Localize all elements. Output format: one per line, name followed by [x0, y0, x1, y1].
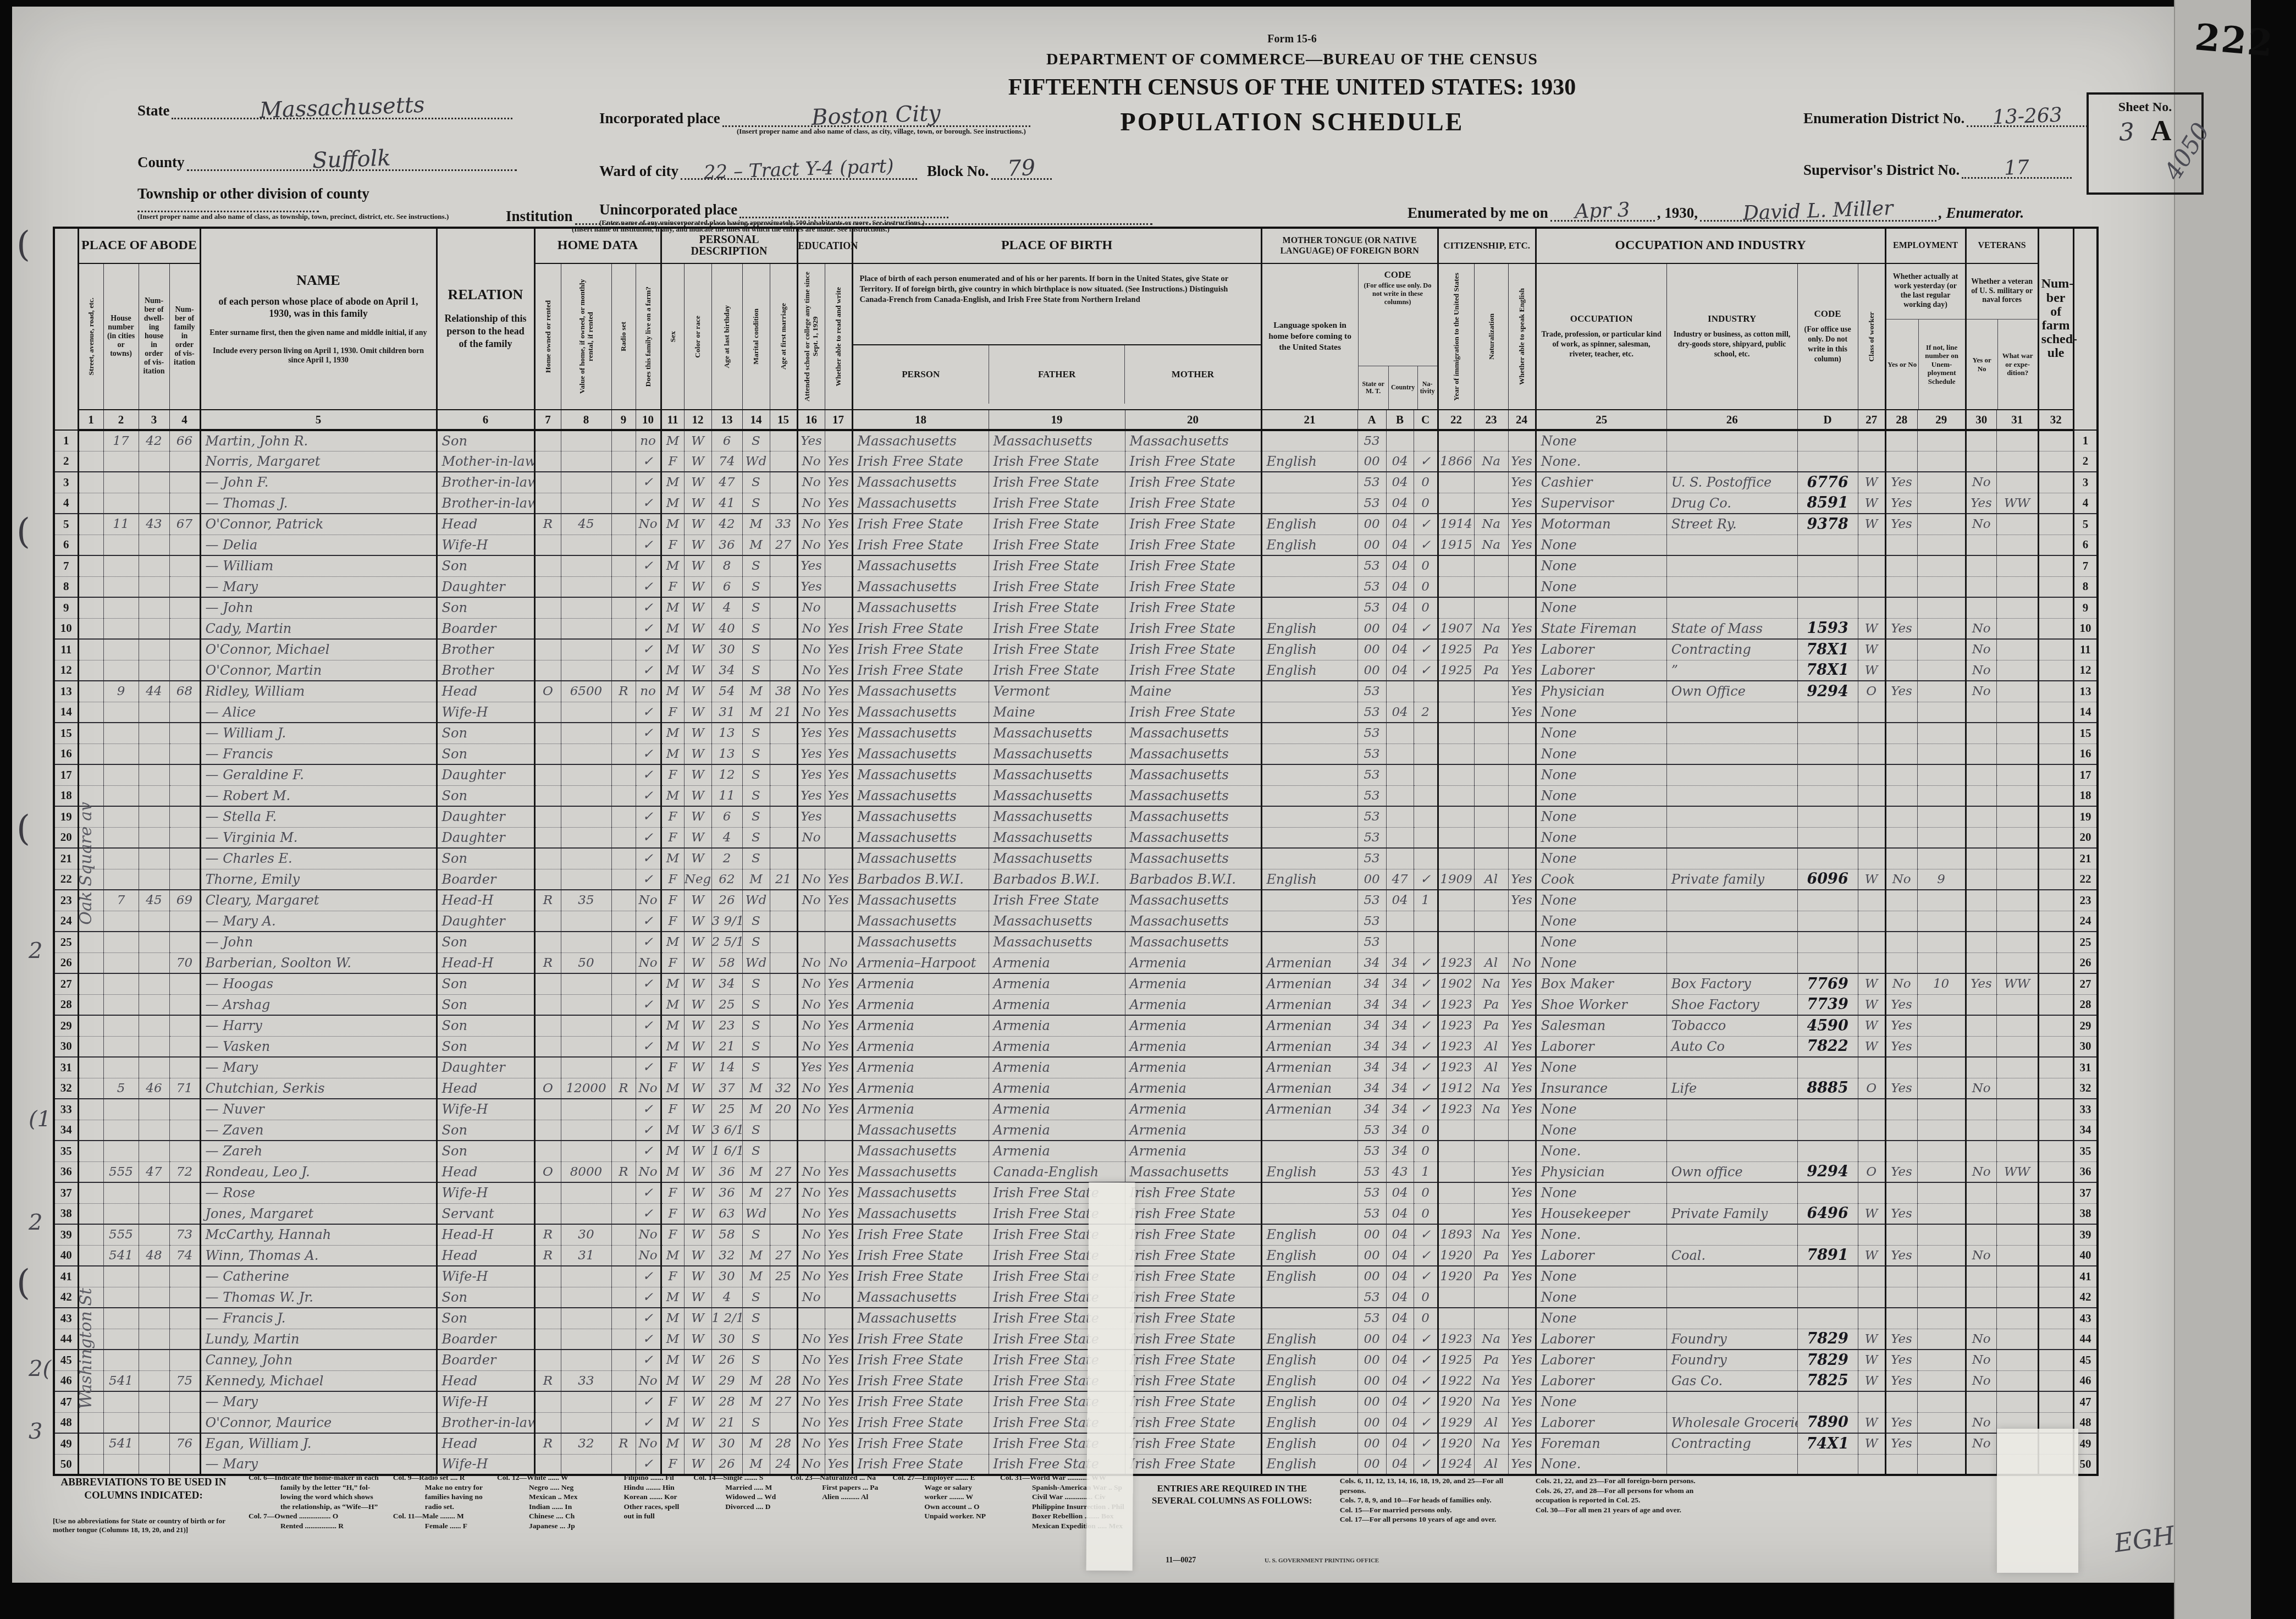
- cell-farm: ✓: [636, 1036, 661, 1057]
- cell-mar: M: [742, 1370, 770, 1391]
- cell-farmsch: [2038, 702, 2073, 723]
- line-number: 3: [2073, 472, 2098, 493]
- cell-cB: 04: [1386, 702, 1414, 723]
- cell-eng: Yes: [1508, 451, 1536, 472]
- cell-farm: ✓: [636, 1329, 661, 1350]
- cell-own: [534, 451, 561, 472]
- cell-vet1: [1966, 1203, 1996, 1224]
- col-occupation-header: OCCUPATION Trade, profession, or particu…: [1536, 263, 1666, 410]
- cell-eng: Yes: [1508, 1370, 1536, 1391]
- cell-sex: F: [661, 1182, 684, 1203]
- cell-race: W: [684, 1120, 711, 1141]
- cell-pob: Massachusetts: [852, 472, 989, 493]
- line-number: 26: [2073, 952, 2098, 973]
- cell-rel: Head: [437, 1078, 534, 1099]
- cell-sex: M: [661, 493, 684, 514]
- cell-farmsch: [2038, 1057, 2073, 1078]
- cell-occ: Laborer: [1536, 660, 1666, 681]
- cell-lang: English: [1261, 514, 1357, 535]
- cell-val: [561, 430, 611, 451]
- cell-race: W: [684, 639, 711, 660]
- cell-agem: 33: [770, 514, 797, 535]
- cell-dw: [139, 764, 169, 785]
- cell-vet2: [1996, 1182, 2038, 1203]
- cell-house: [103, 1308, 139, 1329]
- cell-rw: Yes: [825, 744, 852, 764]
- cell-dw: 43: [139, 514, 169, 535]
- cell-emp1: [1885, 785, 1917, 806]
- schedule: PLACE OF ABODE NAME of each person whose…: [53, 227, 2099, 1476]
- cell-codeD: [1797, 744, 1858, 764]
- cell-dw: [139, 952, 169, 973]
- cell-farmsch: [2038, 1141, 2073, 1161]
- group-veterans: VETERANS: [1966, 228, 2038, 263]
- cell-name: O'Connor, Maurice: [200, 1412, 437, 1433]
- column-number: 12: [684, 410, 711, 430]
- cell-codeD: 8591: [1797, 493, 1858, 514]
- cell-codeD: [1797, 1454, 1858, 1475]
- cell-age: 36: [711, 1182, 742, 1203]
- cell-nat: [1474, 827, 1508, 848]
- cell-lang: [1261, 848, 1357, 869]
- cell-radio: [611, 952, 636, 973]
- line-number: 24: [2073, 911, 2098, 932]
- cell-name: Ridley, William: [200, 681, 437, 702]
- cell-cA: 53: [1357, 702, 1386, 723]
- cell-emp1: Yes: [1885, 1078, 1917, 1099]
- cell-ind: Private Family: [1666, 1203, 1797, 1224]
- col-english-header: Whether able to speak English: [1508, 263, 1536, 410]
- cell-val: [561, 555, 611, 576]
- line-number: 21: [2073, 848, 2098, 869]
- cell-cA: 00: [1357, 660, 1386, 681]
- cell-rw: Yes: [825, 1036, 852, 1057]
- cell-vet1: [1966, 994, 1996, 1015]
- cell-ind: [1666, 1308, 1797, 1329]
- cell-own: [534, 493, 561, 514]
- cell-nat: [1474, 764, 1508, 785]
- cell-pobf: Massachusetts: [989, 744, 1125, 764]
- cell-rel: Son: [437, 744, 534, 764]
- cell-name: — Zaven: [200, 1120, 437, 1141]
- cell-pob: Irish Free State: [852, 618, 989, 639]
- cell-imm: [1438, 723, 1474, 744]
- cell-ind: Private family: [1666, 869, 1797, 890]
- cell-dw: [139, 994, 169, 1015]
- cell-sex: M: [661, 994, 684, 1015]
- cell-pobm: Massachusetts: [1125, 1161, 1261, 1182]
- cell-cA: 34: [1357, 973, 1386, 994]
- margin-tally-mark: 2: [29, 1210, 42, 1235]
- cell-val: [561, 1182, 611, 1203]
- cell-rel: Brother-in-law: [437, 472, 534, 493]
- cell-name: — Thomas W. Jr.: [200, 1287, 437, 1308]
- cell-occ: None: [1536, 576, 1666, 597]
- cell-fam: [169, 764, 200, 785]
- cell-occ: None: [1536, 911, 1666, 932]
- cell-pobm: Massachusetts: [1125, 785, 1261, 806]
- line-number: 44: [2073, 1329, 2098, 1350]
- cell-pob: Irish Free State: [852, 639, 989, 660]
- cell-street: [78, 1099, 103, 1120]
- cell-sch: No: [797, 1266, 825, 1287]
- cell-cB: 04: [1386, 639, 1414, 660]
- cell-farmsch: [2038, 1329, 2073, 1350]
- cell-sex: M: [661, 1412, 684, 1433]
- cell-radio: [611, 994, 636, 1015]
- cell-mar: M: [742, 1245, 770, 1266]
- cell-rw: Yes: [825, 493, 852, 514]
- cell-eng: Yes: [1508, 1182, 1536, 1203]
- cell-sch: No: [797, 890, 825, 911]
- cell-rel: Head-H: [437, 952, 534, 973]
- cell-vet1: No: [1966, 1350, 1996, 1370]
- cell-agem: 21: [770, 869, 797, 890]
- cell-cA: 00: [1357, 869, 1386, 890]
- group-place-of-abode: PLACE OF ABODE: [78, 228, 200, 263]
- cell-farmsch: [2038, 660, 2073, 681]
- cell-ind: [1666, 430, 1797, 451]
- cell-age: 36: [711, 1161, 742, 1182]
- table-row: 3955573McCarthy, HannahHead-HR30NoFW58SN…: [54, 1224, 2098, 1245]
- cell-cw: O: [1858, 681, 1885, 702]
- cell-lang: [1261, 1120, 1357, 1141]
- cell-val: [561, 932, 611, 952]
- cell-rw: [825, 1120, 852, 1141]
- line-number: 37: [2073, 1182, 2098, 1203]
- cell-house: [103, 744, 139, 764]
- cell-pobm: Irish Free State: [1125, 1245, 1261, 1266]
- cell-house: [103, 911, 139, 932]
- cell-codeD: 7891: [1797, 1245, 1858, 1266]
- cell-sch: No: [797, 1433, 825, 1454]
- department-title: DEPARTMENT OF COMMERCE—BUREAU OF THE CEN…: [935, 50, 1649, 69]
- cell-cB: 04: [1386, 597, 1414, 618]
- cell-cA: 53: [1357, 764, 1386, 785]
- cell-own: [534, 1141, 561, 1161]
- cell-cw: W: [1858, 493, 1885, 514]
- cell-agem: [770, 1203, 797, 1224]
- line-number: 33: [54, 1099, 78, 1120]
- cell-nat: Na: [1474, 1391, 1508, 1412]
- cell-radio: [611, 618, 636, 639]
- table-row: 14— AliceWife-H✓FW31M21NoYesMassachusett…: [54, 702, 2098, 723]
- footer-abbrev-block: Col. 9—Radio set .... RMake no entry for…: [393, 1473, 483, 1530]
- cell-cC: ✓: [1414, 1391, 1438, 1412]
- cell-fam: 70: [169, 952, 200, 973]
- cell-pobf: Massachusetts: [989, 848, 1125, 869]
- cell-emp2: [1917, 430, 1966, 451]
- table-row: 44Lundy, MartinBoarder✓MW30SNoYesIrish F…: [54, 1329, 2098, 1350]
- cell-name: — John: [200, 932, 437, 952]
- cell-rw: Yes: [825, 1182, 852, 1203]
- ward-field: Ward of city 22 – Tract Y-4 (part) Block…: [599, 158, 1052, 180]
- cell-rw: Yes: [825, 681, 852, 702]
- column-number: 8: [561, 410, 611, 430]
- cell-cA: 34: [1357, 952, 1386, 973]
- cell-cC: [1414, 681, 1438, 702]
- cell-farm: No: [636, 890, 661, 911]
- cell-imm: 1922: [1438, 1370, 1474, 1391]
- street-name-vertical-1: Oak Square av: [74, 682, 98, 1045]
- cell-eng: Yes: [1508, 1078, 1536, 1099]
- cell-cB: 04: [1386, 514, 1414, 535]
- cell-cA: 53: [1357, 1182, 1386, 1203]
- cell-farm: No: [636, 1245, 661, 1266]
- cell-name: — Nuver: [200, 1099, 437, 1120]
- cell-imm: [1438, 932, 1474, 952]
- cell-race: W: [684, 764, 711, 785]
- cell-name: Cleary, Margaret: [200, 890, 437, 911]
- cell-own: R: [534, 1370, 561, 1391]
- cell-house: [103, 1120, 139, 1141]
- cell-mar: S: [742, 806, 770, 827]
- cell-race: W: [684, 702, 711, 723]
- cell-imm: 1920: [1438, 1433, 1474, 1454]
- cell-radio: [611, 576, 636, 597]
- cell-age: 3 9/12: [711, 911, 742, 932]
- cell-farmsch: [2038, 681, 2073, 702]
- cell-race: W: [684, 1203, 711, 1224]
- cell-agem: [770, 827, 797, 848]
- footer-line: Col. 11—Male ........ M: [393, 1511, 483, 1521]
- cell-lang: [1261, 911, 1357, 932]
- cell-rw: Yes: [825, 1370, 852, 1391]
- line-number: 22: [2073, 869, 2098, 890]
- cell-fam: [169, 618, 200, 639]
- cell-sex: M: [661, 681, 684, 702]
- cell-emp2: [1917, 848, 1966, 869]
- cell-occ: Salesman: [1536, 1015, 1666, 1036]
- cell-pobm: Massachusetts: [1125, 764, 1261, 785]
- cell-own: [534, 660, 561, 681]
- cell-lang: [1261, 1308, 1357, 1329]
- cell-house: [103, 1141, 139, 1161]
- column-number: 32: [2038, 410, 2073, 430]
- cell-rw: [825, 1308, 852, 1329]
- cell-nat: [1474, 785, 1508, 806]
- cell-pob: Massachusetts: [852, 597, 989, 618]
- cell-radio: [611, 1370, 636, 1391]
- cell-street: [78, 493, 103, 514]
- cell-cA: 53: [1357, 911, 1386, 932]
- footer-abbrev-block: Col. 12—White ...... WNegro ..... NegMex…: [497, 1473, 577, 1530]
- cell-ind: [1666, 702, 1797, 723]
- cell-fam: [169, 785, 200, 806]
- cell-fam: [169, 827, 200, 848]
- cell-own: [534, 764, 561, 785]
- cell-cB: [1386, 681, 1414, 702]
- cell-ind: Auto Co: [1666, 1036, 1797, 1057]
- cell-mar: S: [742, 1057, 770, 1078]
- cell-age: 4: [711, 597, 742, 618]
- cell-fam: [169, 1412, 200, 1433]
- cell-cA: 53: [1357, 1203, 1386, 1224]
- cell-radio: [611, 639, 636, 660]
- census-scan-page: { "stamp": "222", "pencil_corner": "4050…: [0, 0, 2296, 1619]
- table-row: 19— Stella F.Daughter✓FW6SYesMassachuset…: [54, 806, 2098, 827]
- cell-fam: [169, 702, 200, 723]
- cell-agem: [770, 1036, 797, 1057]
- cell-lang: English: [1261, 451, 1357, 472]
- table-row: 35— ZarehSon✓MW1 6/12SMassachusettsArmen…: [54, 1141, 2098, 1161]
- cell-rw: [825, 806, 852, 827]
- cell-occ: Physician: [1536, 681, 1666, 702]
- cell-cC: ✓: [1414, 973, 1438, 994]
- cell-cA: 53: [1357, 1161, 1386, 1182]
- cell-cC: 0: [1414, 472, 1438, 493]
- ed-label: Enumeration District No.: [1803, 110, 1964, 126]
- cell-street: [78, 1057, 103, 1078]
- cell-age: 25: [711, 1099, 742, 1120]
- cell-vet1: [1966, 535, 1996, 555]
- cell-dw: [139, 1266, 169, 1287]
- cell-age: 13: [711, 723, 742, 744]
- col-codeB-header: Country: [1388, 366, 1417, 409]
- cell-mar: S: [742, 555, 770, 576]
- cell-pob: Massachusetts: [852, 681, 989, 702]
- cell-cB: 34: [1386, 973, 1414, 994]
- cell-vet2: [1996, 1099, 2038, 1120]
- cell-pobm: Irish Free State: [1125, 1370, 1261, 1391]
- cell-vet2: [1996, 576, 2038, 597]
- line-number: 3: [54, 472, 78, 493]
- cell-mar: S: [742, 994, 770, 1015]
- cell-cw: [1858, 535, 1885, 555]
- cell-cw: [1858, 1266, 1885, 1287]
- cell-race: W: [684, 994, 711, 1015]
- cell-pobf: Armenia: [989, 1120, 1125, 1141]
- cell-agem: 20: [770, 1099, 797, 1120]
- cell-fam: [169, 576, 200, 597]
- cell-vet2: [1996, 1245, 2038, 1266]
- cell-rel: Head: [437, 1245, 534, 1266]
- cell-cB: [1386, 723, 1414, 744]
- cell-codeD: 78X1: [1797, 660, 1858, 681]
- cell-vet1: [1966, 555, 1996, 576]
- cell-rel: Head: [437, 1370, 534, 1391]
- cell-lang: English: [1261, 869, 1357, 890]
- cell-sex: M: [661, 618, 684, 639]
- cell-occ: None: [1536, 932, 1666, 952]
- cell-codeD: [1797, 932, 1858, 952]
- cell-eng: Yes: [1508, 1350, 1536, 1370]
- cell-vet1: [1966, 952, 1996, 973]
- cell-house: [103, 723, 139, 744]
- cell-pobm: Irish Free State: [1125, 1308, 1261, 1329]
- cell-codeD: 4590: [1797, 1015, 1858, 1036]
- cell-val: [561, 1287, 611, 1308]
- cell-farm: No: [636, 1078, 661, 1099]
- cell-occ: None.: [1536, 1141, 1666, 1161]
- cell-name: Lundy, Martin: [200, 1329, 437, 1350]
- cell-name: — Mary A.: [200, 911, 437, 932]
- cell-age: 37: [711, 1078, 742, 1099]
- cell-dw: [139, 1391, 169, 1412]
- footer-abbrev-block: Filipino ....... FilHindu ........ HinKo…: [592, 1473, 680, 1530]
- cell-vet1: [1966, 827, 1996, 848]
- cell-pobf: Irish Free State: [989, 493, 1125, 514]
- cell-house: [103, 932, 139, 952]
- cell-own: [534, 1036, 561, 1057]
- cell-codeD: 6096: [1797, 869, 1858, 890]
- cell-age: 34: [711, 973, 742, 994]
- cell-farmsch: [2038, 1308, 2073, 1329]
- cell-pobm: Massachusetts: [1125, 806, 1261, 827]
- cell-own: [534, 1350, 561, 1370]
- cell-radio: [611, 1036, 636, 1057]
- column-number: B: [1386, 410, 1414, 430]
- column-number: 30: [1966, 410, 1996, 430]
- table-row: 6— DeliaWife-H✓FW36M27NoYesIrish Free St…: [54, 535, 2098, 555]
- cell-farmsch: [2038, 744, 2073, 764]
- cell-fam: [169, 1329, 200, 1350]
- margin-tally-mark: 2: [29, 938, 42, 963]
- cell-agem: [770, 764, 797, 785]
- cell-imm: [1438, 890, 1474, 911]
- cell-sch: No: [797, 1329, 825, 1350]
- cell-cA: 00: [1357, 1433, 1386, 1454]
- col-birth-headers: Place of birth of each person enumerated…: [852, 263, 1261, 410]
- cell-cA: 53: [1357, 890, 1386, 911]
- cell-emp2: [1917, 1245, 1966, 1266]
- cell-farmsch: [2038, 1266, 2073, 1287]
- cell-pobf: Massachusetts: [989, 827, 1125, 848]
- line-number: 19: [2073, 806, 2098, 827]
- cell-pobf: Irish Free State: [989, 890, 1125, 911]
- cell-agem: [770, 806, 797, 827]
- line-number: 11: [2073, 639, 2098, 660]
- cell-nat: Na: [1474, 1329, 1508, 1350]
- cell-pobf: Armenia: [989, 973, 1125, 994]
- cell-eng: Yes: [1508, 1015, 1536, 1036]
- cell-eng: Yes: [1508, 702, 1536, 723]
- cell-name: Egan, William J.: [200, 1433, 437, 1454]
- cell-cB: 04: [1386, 493, 1414, 514]
- cell-pobf: Armenia: [989, 1015, 1125, 1036]
- cell-sex: M: [661, 1120, 684, 1141]
- cell-house: 5: [103, 1078, 139, 1099]
- cell-sch: Yes: [797, 785, 825, 806]
- cell-agem: 25: [770, 1266, 797, 1287]
- line-number: 12: [54, 660, 78, 681]
- cell-dw: [139, 1308, 169, 1329]
- cell-farm: ✓: [636, 932, 661, 952]
- cell-imm: [1438, 785, 1474, 806]
- cell-rel: Daughter: [437, 1057, 534, 1078]
- cell-radio: [611, 1141, 636, 1161]
- cell-agem: [770, 660, 797, 681]
- cell-ind: Contracting: [1666, 1433, 1797, 1454]
- cell-sex: M: [661, 1245, 684, 1266]
- footer-line: Hindu ........ Hin: [592, 1483, 680, 1493]
- cell-pobm: Irish Free State: [1125, 1266, 1261, 1287]
- cell-farm: No: [636, 952, 661, 973]
- line-number: 12: [2073, 660, 2098, 681]
- cell-rel: Wife-H: [437, 1099, 534, 1120]
- cell-cC: ✓: [1414, 1245, 1438, 1266]
- cell-vet1: No: [1966, 514, 1996, 535]
- cell-eng: Yes: [1508, 639, 1536, 660]
- cell-occ: Cook: [1536, 869, 1666, 890]
- cell-dw: [139, 1120, 169, 1141]
- cell-name: — Robert M.: [200, 785, 437, 806]
- cell-codeD: 7890: [1797, 1412, 1858, 1433]
- cell-cC: 0: [1414, 1203, 1438, 1224]
- cell-pobm: Irish Free State: [1125, 1412, 1261, 1433]
- line-number: 4: [2073, 493, 2098, 514]
- cell-lang: Armenian: [1261, 952, 1357, 973]
